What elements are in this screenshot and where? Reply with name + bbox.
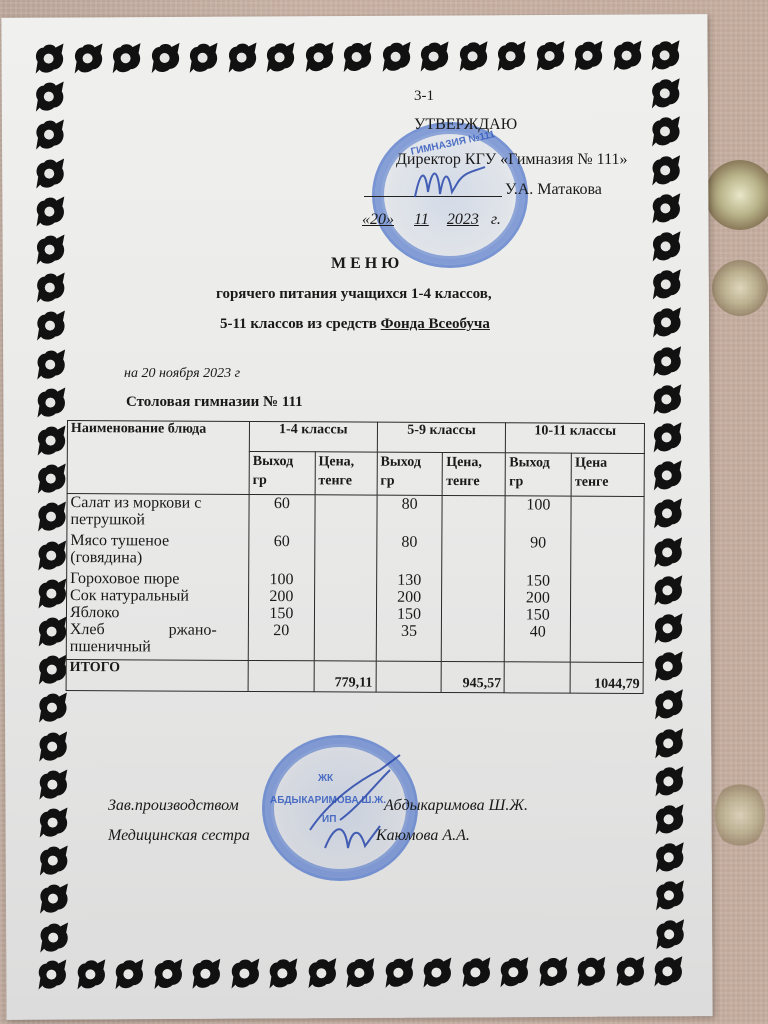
border-ornament-icon xyxy=(649,420,683,454)
border-ornament-icon xyxy=(35,729,69,763)
yield-column: 606010020015020 xyxy=(248,494,315,660)
total-price-5-9: 945,57 xyxy=(442,661,505,692)
header-line: тенге xyxy=(575,473,641,492)
border-ornament-icon xyxy=(647,38,681,72)
border-ornament-icon xyxy=(36,882,70,916)
signature-role-manager: Зав.производством xyxy=(108,797,239,815)
border-ornament-icon xyxy=(35,615,69,649)
yield-value: 60 xyxy=(252,495,311,533)
yield-value: 20 xyxy=(252,622,311,660)
yield-header-1: Выходгр xyxy=(377,452,443,495)
menu-date: на 20 ноября 2023 г xyxy=(124,366,240,382)
fund-name: Фонда Всеобуча xyxy=(381,316,490,332)
price-header-0: Цена,тенге xyxy=(315,452,377,495)
dish-line: Сок натуральный xyxy=(70,587,245,605)
border-ornament-icon xyxy=(649,267,683,301)
yield-value: 35 xyxy=(379,623,438,661)
total-row: ИТОГО 779,11 945,57 1044,79 xyxy=(66,659,643,693)
group-header-5-9: 5-9 классы xyxy=(377,422,506,453)
yield-value: 150 xyxy=(380,606,439,623)
border-ornament-icon xyxy=(33,233,67,267)
header-line: Выход xyxy=(253,452,312,471)
border-ornament-icon xyxy=(648,76,682,110)
header-line: тенге xyxy=(318,472,373,491)
border-ornament-icon xyxy=(609,38,643,72)
border-ornament-icon xyxy=(36,920,70,954)
yield-value: 200 xyxy=(252,588,311,605)
group-header-1-4: 1-4 классы xyxy=(249,421,377,452)
border-ornament-icon xyxy=(340,40,374,74)
border-ornament-icon xyxy=(649,382,683,416)
border-ornament-icon xyxy=(34,538,68,572)
dish-name: Хлеб ржано-пшеничный xyxy=(70,621,245,660)
border-ornament-icon xyxy=(651,688,685,722)
border-ornament-icon xyxy=(419,956,453,990)
total-label: ИТОГО xyxy=(66,659,248,691)
border-ornament-icon xyxy=(32,194,66,228)
approval-signatory: У.А. Матакова xyxy=(505,181,602,199)
price-header-2: Ценатенге xyxy=(571,453,644,496)
header-line: Цена xyxy=(575,454,641,473)
header-line: Выход xyxy=(509,454,568,473)
signature-name-manager: Абдыкаримова Ш.Ж. xyxy=(384,797,528,815)
price-value xyxy=(318,495,373,533)
dish-line: (говядина) xyxy=(70,549,245,567)
border-ornament-icon xyxy=(652,840,686,874)
border-ornament-icon xyxy=(188,957,222,991)
border-ornament-icon xyxy=(33,347,67,381)
border-ornament-icon xyxy=(32,80,66,114)
price-value xyxy=(445,623,501,661)
border-ornament-icon xyxy=(494,39,528,73)
subtitle-line-1: горячего питания учащихся 1-4 классов, xyxy=(216,286,492,303)
price-value xyxy=(317,622,372,660)
border-ornament-icon xyxy=(650,458,684,492)
border-ornament-icon xyxy=(652,917,686,951)
border-ornament-icon xyxy=(650,535,684,569)
border-ornament-icon xyxy=(650,573,684,607)
border-ornament-icon xyxy=(652,879,686,913)
approval-date: «20» 11 2023 г. xyxy=(362,211,501,229)
price-value xyxy=(318,605,373,622)
yield-value: 40 xyxy=(508,623,567,661)
dish-name: Мясо тушеное(говядина) xyxy=(70,532,245,571)
page-code: 3-1 xyxy=(414,88,434,105)
dish-line: Салат из моркови с xyxy=(71,494,246,512)
border-ornament-icon xyxy=(650,611,684,645)
date-day: «20» xyxy=(362,211,394,228)
total-yield-5-9 xyxy=(376,661,442,692)
decoration-sparkle xyxy=(712,260,768,316)
header-line: Выход xyxy=(380,453,439,472)
signature-role-nurse: Медицинская сестра xyxy=(108,827,250,845)
border-ornament-icon xyxy=(650,497,684,531)
border-ornament-icon xyxy=(496,955,530,989)
yield-value: 150 xyxy=(252,605,311,622)
border-ornament-icon xyxy=(34,500,68,534)
dish-line: Яблоко xyxy=(70,604,245,622)
dish-name: Гороховое пюре xyxy=(70,570,245,588)
yield-value: 80 xyxy=(380,496,439,534)
border-ornament-icon xyxy=(33,385,67,419)
dish-line: Хлеб ржано- xyxy=(70,621,245,639)
yield-value: 80 xyxy=(380,534,439,572)
border-ornament-icon xyxy=(34,576,68,610)
price-value xyxy=(445,589,501,606)
yield-value: 130 xyxy=(380,572,439,589)
border-ornament-icon xyxy=(34,958,68,992)
border-ornament-icon xyxy=(301,40,335,74)
dish-line: Гороховое пюре xyxy=(70,570,245,588)
border-ornament-icon xyxy=(109,41,143,75)
border-ornament-icon xyxy=(417,40,451,74)
price-value xyxy=(318,571,373,588)
border-ornament-icon xyxy=(227,957,261,991)
border-ornament-icon xyxy=(70,41,104,75)
date-month: 11 xyxy=(398,211,443,228)
border-ornament-icon xyxy=(535,955,569,989)
border-ornament-icon xyxy=(570,39,604,73)
border-ornament-icon xyxy=(150,957,184,991)
border-ornament-icon xyxy=(73,957,107,991)
border-ornament-icon xyxy=(381,956,415,990)
price-value xyxy=(574,535,640,573)
border-ornament-icon xyxy=(650,954,684,988)
border-ornament-icon xyxy=(648,115,682,149)
price-value xyxy=(575,497,641,535)
price-column xyxy=(314,495,377,661)
yield-value: 150 xyxy=(508,606,567,623)
border-ornament-icon xyxy=(649,306,683,340)
border-ornament-icon xyxy=(651,802,685,836)
yield-column: 1009015020015040 xyxy=(505,496,572,662)
price-value xyxy=(574,607,640,624)
table-row: Салат из моркови спетрушкойМясо тушеное(… xyxy=(66,494,644,663)
border-ornament-icon xyxy=(648,229,682,263)
border-ornament-icon xyxy=(265,956,299,990)
decoration-sparkle xyxy=(715,780,765,850)
border-ornament-icon xyxy=(648,191,682,225)
table-body: Салат из моркови спетрушкойМясо тушеное(… xyxy=(66,494,644,663)
border-ornament-icon xyxy=(32,118,66,152)
price-value xyxy=(574,573,640,590)
border-ornament-icon xyxy=(612,954,646,988)
date-year: 2023 xyxy=(447,211,487,228)
date-suffix: г. xyxy=(491,211,501,228)
subtitle-line-2: 5-11 классов из средств Фонда Всеобуча xyxy=(220,316,490,333)
yield-header-2: Выходгр xyxy=(506,453,572,496)
border-ornament-icon xyxy=(32,42,66,76)
dish-name: Салат из моркови спетрушкой xyxy=(70,494,245,533)
yield-value: 100 xyxy=(509,496,568,534)
menu-table: Наименование блюда 1-4 классы 5-9 классы… xyxy=(66,420,645,694)
dish-line: петрушкой xyxy=(70,511,245,529)
dish-column: Салат из моркови спетрушкойМясо тушеное(… xyxy=(66,494,249,661)
border-ornament-icon xyxy=(651,764,685,798)
border-ornament-icon xyxy=(224,41,258,75)
decoration-sparkle xyxy=(705,160,768,230)
border-ornament-icon xyxy=(32,156,66,190)
yield-value: 60 xyxy=(252,533,311,571)
total-price-10-11: 1044,79 xyxy=(570,662,643,693)
dish-name-header: Наименование блюда xyxy=(67,421,249,495)
border-ornament-icon xyxy=(36,806,70,840)
price-header-1: Цена,тенге xyxy=(443,453,506,496)
border-ornament-icon xyxy=(651,649,685,683)
border-ornament-icon xyxy=(263,40,297,74)
total-price-1-4: 779,11 xyxy=(314,661,376,692)
border-ornament-icon xyxy=(35,767,69,801)
document-title: М Е Н Ю xyxy=(331,255,399,273)
border-ornament-icon xyxy=(648,153,682,187)
yield-value: 150 xyxy=(509,572,568,589)
dish-name: Яблоко xyxy=(70,604,245,622)
yield-header-0: Выходгр xyxy=(249,452,315,495)
header-line: тенге xyxy=(446,472,502,491)
yield-value: 200 xyxy=(380,589,439,606)
border-ornament-icon xyxy=(649,344,683,378)
price-value xyxy=(446,572,502,589)
border-ornament-icon xyxy=(573,955,607,989)
dish-line: пшеничный xyxy=(70,638,245,656)
approval-heading: УТВЕРЖДАЮ xyxy=(414,116,517,134)
yield-value: 90 xyxy=(509,534,568,572)
total-yield-1-4 xyxy=(248,660,314,691)
price-value xyxy=(318,533,373,571)
dish-line: Мясо тушеное xyxy=(70,532,245,550)
border-ornament-icon xyxy=(304,956,338,990)
header-line: Цена, xyxy=(318,453,373,472)
price-value xyxy=(318,588,373,605)
price-column xyxy=(442,495,506,661)
price-value xyxy=(574,624,640,662)
signature-name-nurse: Каюмова А.А. xyxy=(376,827,470,845)
header-line: гр xyxy=(509,473,568,492)
price-value xyxy=(446,534,502,572)
border-ornament-icon xyxy=(34,462,68,496)
header-line: Цена, xyxy=(446,453,502,472)
yield-column: 808013020015035 xyxy=(376,495,443,661)
border-ornament-icon xyxy=(458,955,492,989)
border-ornament-icon xyxy=(651,726,685,760)
border-ornament-icon xyxy=(35,691,69,725)
dish-name: Сок натуральный xyxy=(70,587,245,605)
border-ornament-icon xyxy=(378,40,412,74)
border-ornament-icon xyxy=(33,271,67,305)
price-column xyxy=(570,496,644,662)
border-ornament-icon xyxy=(455,39,489,73)
border-ornament-icon xyxy=(35,653,69,687)
yield-value: 200 xyxy=(509,589,568,606)
price-value xyxy=(445,606,501,623)
border-ornament-icon xyxy=(34,424,68,458)
border-ornament-icon xyxy=(147,41,181,75)
border-ornament-icon xyxy=(111,957,145,991)
header-line: гр xyxy=(253,471,312,490)
subtitle-prefix: 5-11 классов из средств xyxy=(220,316,381,332)
group-header-10-11: 10-11 классы xyxy=(506,423,645,454)
total-yield-10-11 xyxy=(505,662,571,693)
border-ornament-icon xyxy=(33,309,67,343)
price-value xyxy=(574,590,640,607)
border-ornament-icon xyxy=(342,956,376,990)
yield-value: 100 xyxy=(252,571,311,588)
border-ornament-icon xyxy=(36,844,70,878)
border-ornament-icon xyxy=(186,41,220,75)
border-ornament-icon xyxy=(532,39,566,73)
director-signature xyxy=(410,162,490,202)
price-value xyxy=(446,496,502,534)
header-line: гр xyxy=(380,472,439,491)
canteen-name: Столовая гимназии № 111 xyxy=(126,394,303,411)
